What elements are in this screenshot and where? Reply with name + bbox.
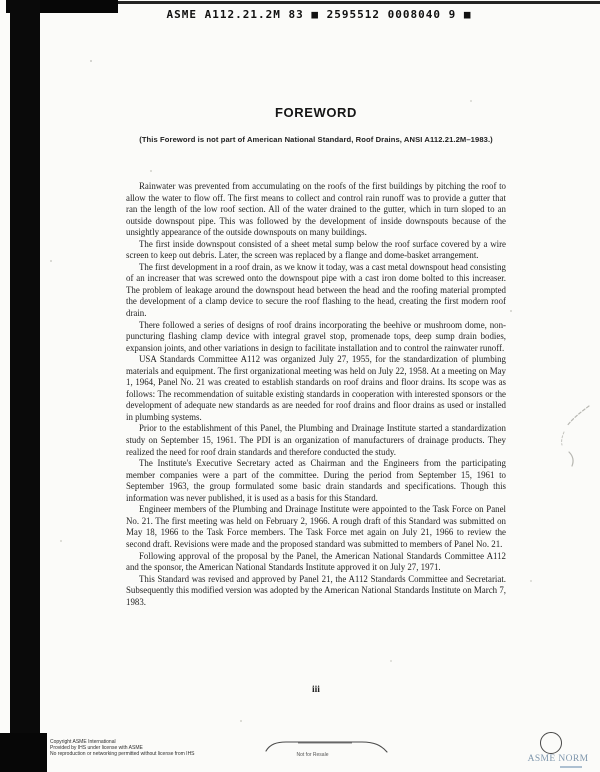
foreword-paragraph: The Institute's Executive Secretary acte… [126, 458, 506, 504]
foreword-paragraph: Following approval of the proposal by th… [126, 551, 506, 574]
page-title: FOREWORD [126, 105, 506, 120]
pencil-mark-scribble [545, 400, 597, 472]
asme-norm-watermark-underline [560, 766, 582, 768]
scan-top-edge-bar [78, 1, 600, 4]
copyright-notice: Copyright ASME International Provided by… [50, 739, 195, 758]
foreword-paragraph: Prior to the establishment of this Panel… [126, 423, 506, 458]
scan-bracket-mark [264, 739, 390, 753]
asme-norm-logo-circle [540, 732, 562, 754]
foreword-paragraph: Engineer members of the Plumbing and Dra… [126, 504, 506, 550]
scan-left-edge-bar [10, 0, 40, 748]
foreword-paragraph: This Standard was revised and approved b… [126, 574, 506, 609]
not-for-resale-label: Not for Resale [250, 752, 375, 758]
scanned-document-page: ASME A112.21.2M 83 ■ 2595512 0008040 9 ■… [0, 0, 600, 772]
asme-norm-watermark: ASME NORM [516, 754, 600, 764]
foreword-paragraph: USA Standards Committee A112 was organiz… [126, 354, 506, 423]
page-subtitle: (This Foreword is not part of American N… [116, 135, 516, 144]
scan-noise-specks [90, 60, 92, 62]
standard-number-header: ASME A112.21.2M 83 ■ 2595512 0008040 9 ■ [126, 8, 512, 21]
foreword-body: Rainwater was prevented from accumulatin… [126, 181, 506, 608]
foreword-paragraph: The first development in a roof drain, a… [126, 262, 506, 320]
foreword-paragraph: Rainwater was prevented from accumulatin… [126, 181, 506, 239]
scan-bottom-left-black-box [0, 733, 47, 772]
foreword-paragraph: There followed a series of designs of ro… [126, 320, 506, 355]
foreword-paragraph: The first inside downspout consisted of … [126, 239, 506, 262]
page-number: iii [126, 685, 506, 695]
copyright-line: No reproduction or networking permitted … [50, 751, 195, 757]
